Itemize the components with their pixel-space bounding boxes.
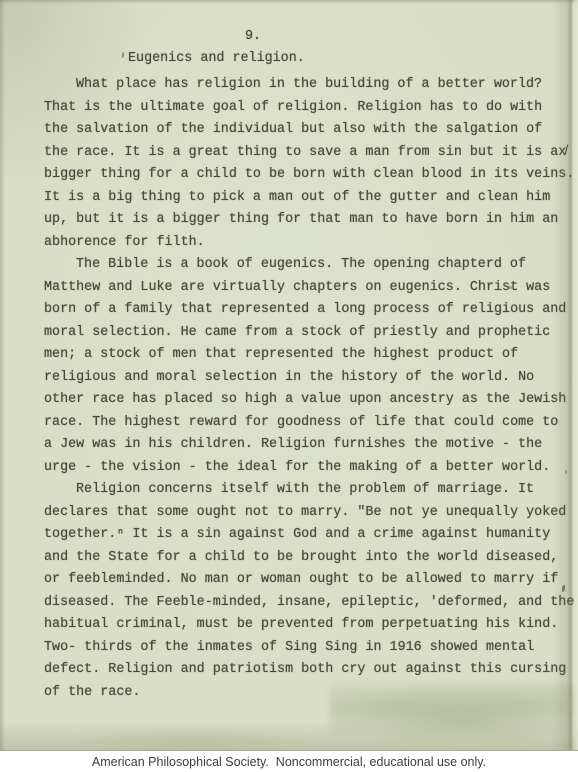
attribution-bar: American Philosophical Society. Noncomme… — [0, 750, 578, 772]
text-line: habitual criminal, must be prevented fro… — [44, 614, 554, 637]
text-line: declares that some ought not to marry. "… — [44, 502, 554, 525]
text-line: moral selection. He came from a stock of… — [44, 322, 554, 345]
text-line: bigger thing for a child to be born with… — [44, 164, 554, 187]
page-number: 9. — [245, 29, 261, 44]
text-line: diseased. The Feeble-minded, insane, epi… — [44, 592, 554, 615]
text-line: That is the ultimate goal of religion. R… — [44, 97, 554, 120]
text-line: of the race. — [44, 682, 554, 705]
text-line: Two- thirds of the inmates of Sing Sing … — [44, 637, 554, 660]
text-line: Matthew and Luke are virtually chapters … — [44, 277, 554, 300]
text-line: or feebleminded. No man or woman ought t… — [44, 569, 554, 592]
text-line: It is a big thing to pick a man out of t… — [44, 187, 554, 210]
text-line: The Bible is a book of eugenics. The ope… — [44, 254, 554, 277]
text-line: and the State for a child to be brought … — [44, 547, 554, 570]
text-line: born of a family that represented a long… — [44, 299, 554, 322]
text-line: a Jew was in his children. Religion furn… — [44, 434, 554, 457]
text-line: other race has placed so high a value up… — [44, 389, 554, 412]
text-line: urge - the vision - the ideal for the ma… — [44, 457, 554, 480]
text-line: the race. It is a great thing to save a … — [44, 142, 554, 165]
text-line: race. The highest reward for goodness of… — [44, 412, 554, 435]
scanned-document-page: 9. Eugenics and religion. What place has… — [0, 0, 578, 750]
document-body: What place has religion in the building … — [44, 74, 554, 704]
text-line: up, but it is a bigger thing for that ma… — [44, 209, 554, 232]
bleed-through-stain — [60, 728, 320, 750]
text-line: defect. Religion and patriotism both cry… — [44, 659, 554, 682]
text-line: abhorence for filth. — [44, 232, 554, 255]
text-line: Religion concerns itself with the proble… — [44, 479, 554, 502]
text-line: the salvation of the individual but also… — [44, 119, 554, 142]
text-line: religious and moral selection in the his… — [44, 367, 554, 390]
ink-speck — [509, 286, 512, 289]
text-line: What place has religion in the building … — [44, 74, 554, 97]
page-edge-shadow — [552, 0, 578, 750]
text-line: men; a stock of men that represented the… — [44, 344, 554, 367]
document-title: Eugenics and religion. — [128, 51, 305, 66]
attribution-text: American Philosophical Society. Noncomme… — [92, 755, 486, 769]
text-line: together.ⁿ It is a sin against God and a… — [44, 524, 554, 547]
ink-speck — [122, 52, 125, 58]
